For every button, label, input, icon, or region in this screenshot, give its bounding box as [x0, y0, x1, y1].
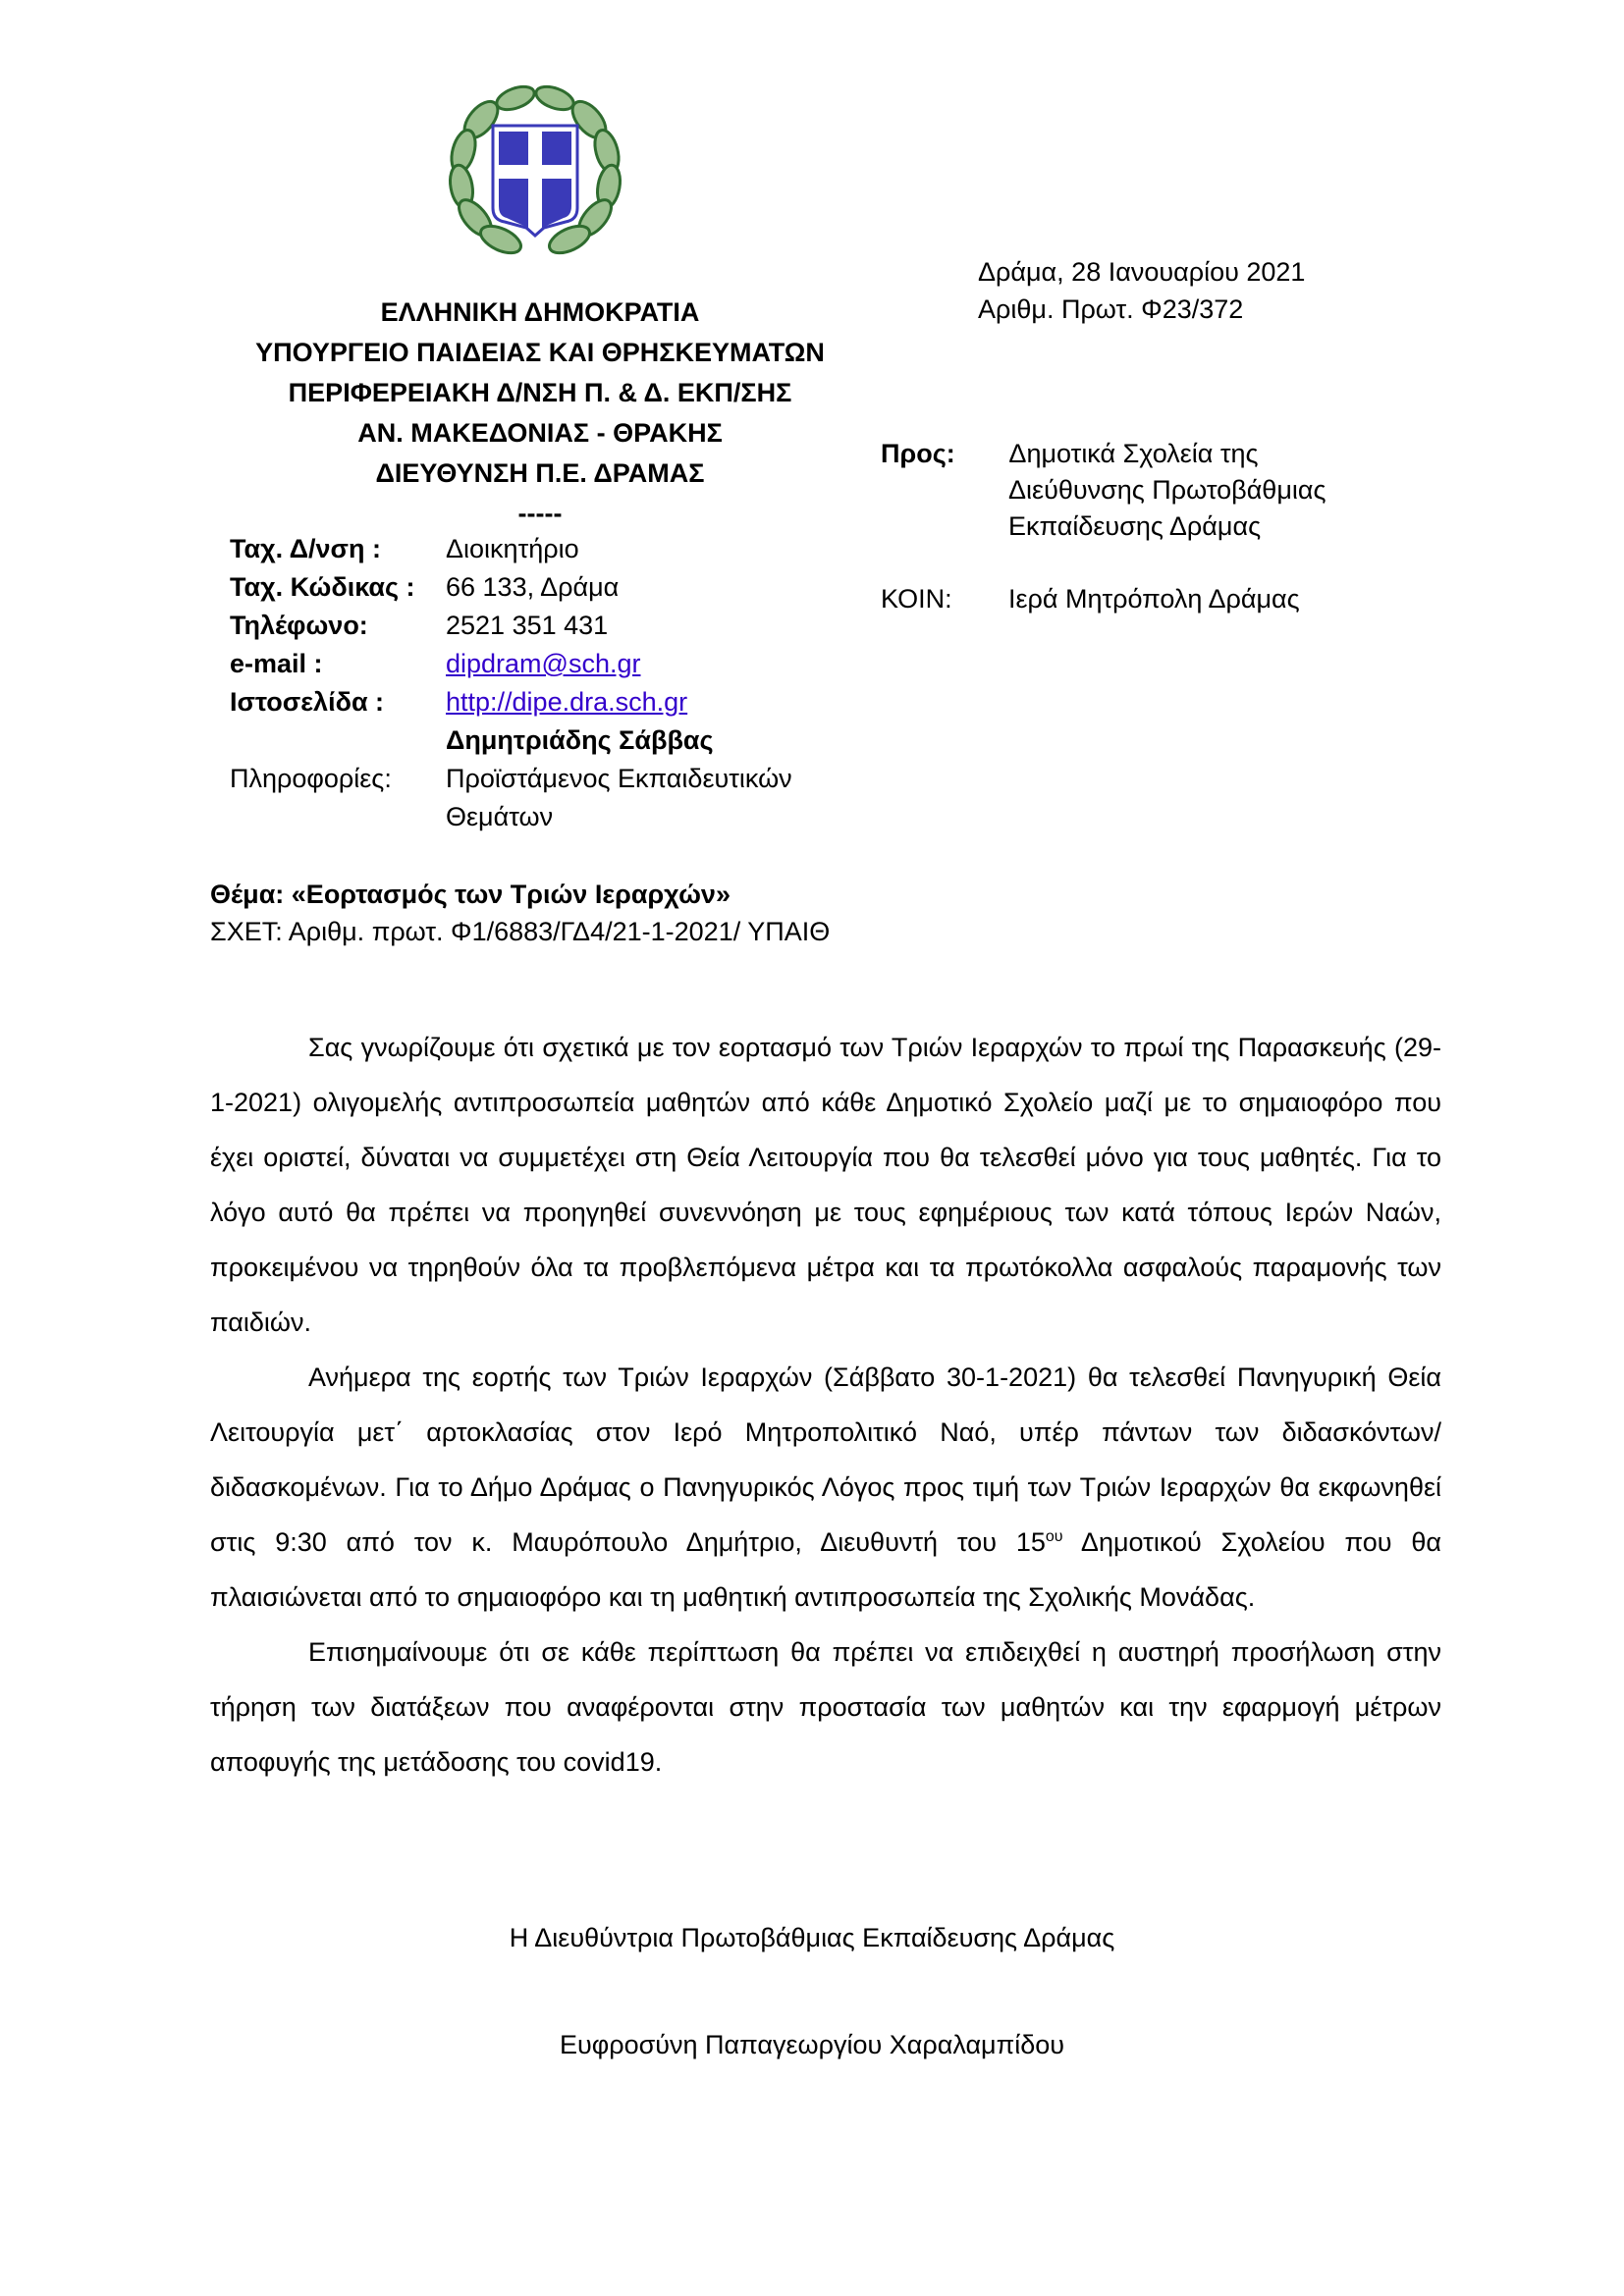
letterhead-line: ΥΠΟΥΡΓΕΙΟ ΠΑΙΔΕΙΑΣ ΚΑΙ ΘΡΗΣΚΕΥΜΑΤΩΝ [226, 333, 854, 373]
email-link[interactable]: dipdram@sch.gr [446, 645, 640, 683]
to-line: Δημοτικά Σχολεία της [1008, 436, 1259, 472]
subject-title: Θέμα: «Εορτασμός των Τριών Ιεραρχών» [210, 876, 830, 913]
greek-coat-of-arms-icon [442, 80, 628, 257]
document-date: Δράμα, 28 Ιανουαρίου 2021 [978, 253, 1305, 291]
contact-person: Δημητριάδης Σάββας [446, 721, 714, 760]
phone-value: 2521 351 431 [446, 607, 608, 645]
website-label: Ιστοσελίδα : [230, 683, 446, 721]
contact-row-email: e-mail : dipdram@sch.gr [230, 645, 792, 683]
contact-row-phone: Τηλέφωνο: 2521 351 431 [230, 607, 792, 645]
cc-label: ΚΟΙΝ: [881, 581, 952, 617]
contact-row-person: Δημητριάδης Σάββας [230, 721, 792, 760]
letterhead-line: ΠΕΡΙΦΕΡΕΙΑΚΗ Δ/ΝΣΗ Π. & Δ. ΕΚΠ/ΣΗΣ [226, 373, 854, 413]
to-line: Εκπαίδευσης Δράμας [1008, 508, 1259, 545]
contact-row-info: Πληροφορίες: Προϊστάμενος Εκπαιδευτικών [230, 760, 792, 798]
subject-block: Θέμα: «Εορτασμός των Τριών Ιεραρχών» ΣΧΕ… [210, 876, 830, 950]
letterhead-line: ΔΙΕΥΘΥΝΣΗ Π.Ε. ΔΡΑΜΑΣ [226, 454, 854, 494]
contact-row-info-cont: Θεμάτων [230, 798, 792, 836]
subject-reference: ΣΧΕΤ: Αριθμ. πρωτ. Φ1/6883/ΓΔ4/21-1-2021… [210, 913, 830, 950]
body-paragraph: Ανήμερα της εορτής των Τριών Ιεραρχών (Σ… [210, 1350, 1441, 1625]
signature-title: Η Διευθύντρια Πρωτοβάθμιας Εκπαίδευσης Δ… [0, 1923, 1624, 1953]
contact-row-address: Ταχ. Δ/νση : Διοικητήριο [230, 530, 792, 568]
date-block: Δράμα, 28 Ιανουαρίου 2021 Αριθμ. Πρωτ. Φ… [978, 253, 1305, 328]
signature-name: Ευφροσύνη Παπαγεωργίου Χαραλαμπίδου [0, 2030, 1624, 2060]
info-label: Πληροφορίες: [230, 760, 446, 798]
body-paragraph: Επισημαίνουμε ότι σε κάθε περίπτωση θα π… [210, 1625, 1441, 1789]
cc-recipient: Ιερά Μητρόπολη Δράμας [1008, 581, 1259, 617]
to-line: Διεύθυνσης Πρωτοβάθμιας [1008, 472, 1259, 508]
letterhead-divider: ----- [226, 494, 854, 534]
info-value: Προϊστάμενος Εκπαιδευτικών [446, 760, 792, 798]
to-label: Προς: [881, 436, 955, 472]
letterhead-line: ΑΝ. ΜΑΚΕΔΟΝΙΑΣ - ΘΡΑΚΗΣ [226, 413, 854, 454]
phone-label: Τηλέφωνο: [230, 607, 446, 645]
body-paragraph: Σας γνωρίζουμε ότι σχετικά με τον εορτασ… [210, 1020, 1441, 1350]
email-label: e-mail : [230, 645, 446, 683]
postcode-label: Ταχ. Κώδικας : [230, 568, 446, 607]
website-link[interactable]: http://dipe.dra.sch.gr [446, 683, 687, 721]
address-label: Ταχ. Δ/νση : [230, 530, 446, 568]
contact-row-postcode: Ταχ. Κώδικας : 66 133, Δράμα [230, 568, 792, 607]
postcode-value: 66 133, Δράμα [446, 568, 619, 607]
letter-body: Σας γνωρίζουμε ότι σχετικά με τον εορτασ… [210, 1020, 1441, 1789]
address-value: Διοικητήριο [446, 530, 579, 568]
protocol-number: Αριθμ. Πρωτ. Φ23/372 [978, 291, 1305, 328]
info-value-cont: Θεμάτων [446, 798, 553, 836]
letterhead: ΕΛΛΗΝΙΚΗ ΔΗΜΟΚΡΑΤΙΑ ΥΠΟΥΡΓΕΙΟ ΠΑΙΔΕΙΑΣ Κ… [226, 293, 854, 534]
contact-info: Ταχ. Δ/νση : Διοικητήριο Ταχ. Κώδικας : … [230, 530, 792, 836]
contact-row-website: Ιστοσελίδα : http://dipe.dra.sch.gr [230, 683, 792, 721]
to-recipients: Δημοτικά Σχολεία της Διεύθυνσης Πρωτοβάθ… [1008, 436, 1259, 545]
letterhead-line: ΕΛΛΗΝΙΚΗ ΔΗΜΟΚΡΑΤΙΑ [226, 293, 854, 333]
